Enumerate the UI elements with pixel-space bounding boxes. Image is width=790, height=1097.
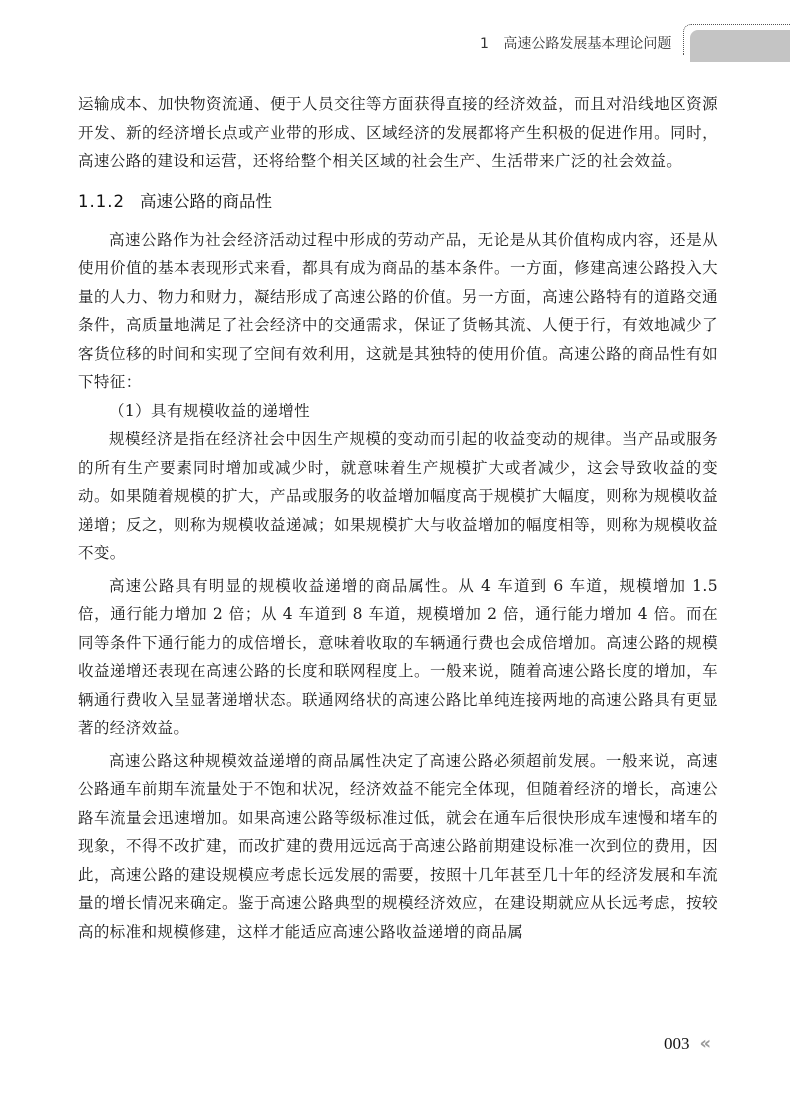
running-header: 1 高速公路发展基本理论问题 bbox=[480, 33, 671, 53]
paragraph: 规模经济是指在经济社会中因生产规模的变动而引起的收益变动的规律。当产品或服务的所… bbox=[78, 425, 718, 568]
paragraph: 高速公路具有明显的规模收益递增的商品属性。从 4 车道到 6 车道，规模增加 1… bbox=[78, 572, 718, 743]
page-body: 运输成本、加快物资流通、便于人员交往等方面获得直接的经济效益，而且对沿线地区资源… bbox=[78, 90, 718, 946]
paragraph: 高速公路作为社会经济活动过程中形成的劳动产品，无论是从其价值构成内容，还是从使用… bbox=[78, 226, 718, 397]
section-title: 高速公路的商品性 bbox=[140, 192, 272, 211]
page-footer: 003« bbox=[664, 1033, 711, 1054]
page-number: 003 bbox=[664, 1034, 690, 1053]
list-heading: （1）具有规模收益的递增性 bbox=[78, 397, 718, 426]
chapter-number: 1 bbox=[480, 36, 489, 52]
section-heading: 1.1.2高速公路的商品性 bbox=[78, 188, 718, 216]
chapter-tab-marker bbox=[690, 30, 790, 62]
chapter-title: 高速公路发展基本理论问题 bbox=[503, 36, 671, 52]
paragraph: 高速公路这种规模效益递增的商品属性决定了高速公路必须超前发展。一般来说，高速公路… bbox=[78, 747, 718, 947]
section-number: 1.1.2 bbox=[78, 188, 140, 216]
double-chevron-left-icon: « bbox=[700, 1033, 712, 1054]
intro-paragraph: 运输成本、加快物资流通、便于人员交往等方面获得直接的经济效益，而且对沿线地区资源… bbox=[78, 90, 718, 176]
